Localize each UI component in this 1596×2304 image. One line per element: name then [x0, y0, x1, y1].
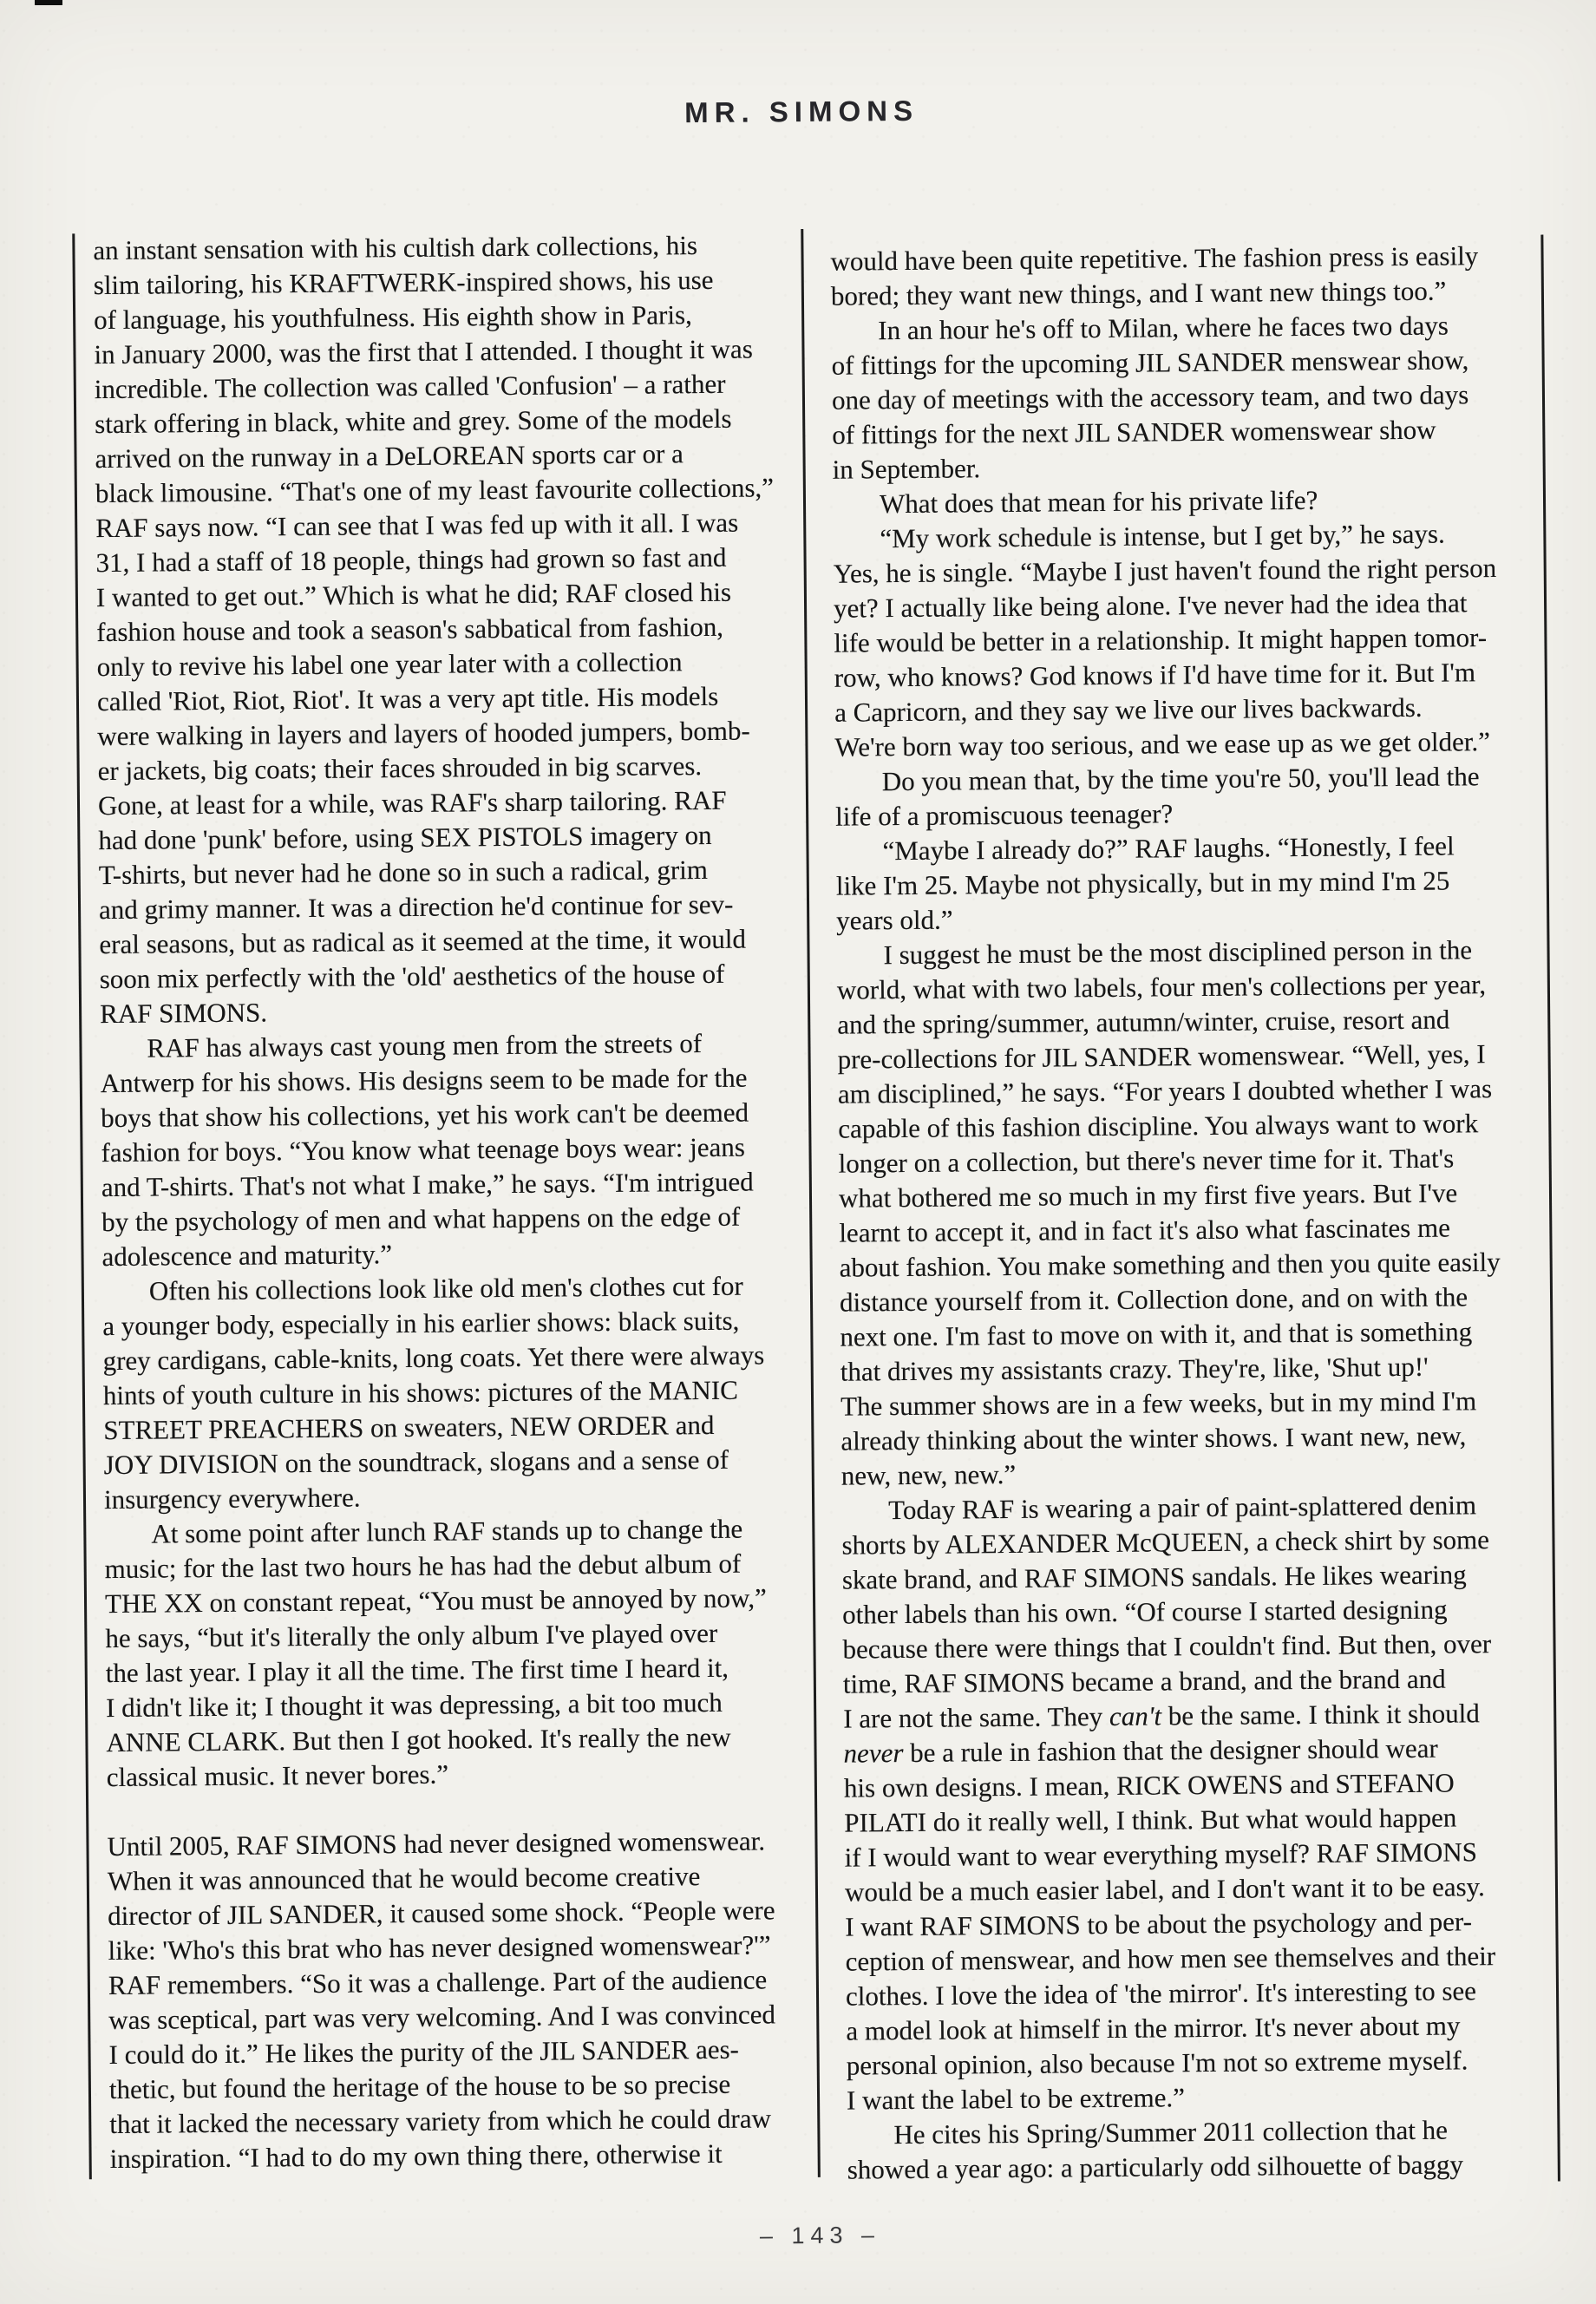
- text-segment: ception of menswear, and how men see the…: [846, 1941, 1496, 1977]
- text-segment: and T-shirts. That's not what I make,” h…: [101, 1167, 754, 1203]
- text-line: already thinking about the winter shows.…: [841, 1417, 1557, 1458]
- text-line: insurgency everywhere.: [104, 1476, 808, 1517]
- text-segment: Often his collections look like old men'…: [149, 1271, 743, 1306]
- text-segment: boys that show his collections, yet his …: [101, 1097, 749, 1134]
- text-segment: was sceptical, part was very welcoming. …: [108, 1999, 775, 2035]
- text-segment: Do you mean that, by the time you're 50,…: [882, 761, 1480, 796]
- text-segment: “My work schedule is intense, but I get …: [880, 519, 1445, 554]
- text-segment: black limousine. “That's one of my least…: [95, 472, 774, 508]
- text-segment: distance yourself from it. Collection do…: [840, 1281, 1468, 1317]
- text-segment: classical music. It never bores.”: [107, 1759, 449, 1792]
- text-line: stark offering in black, white and grey.…: [95, 401, 799, 442]
- text-line: like: 'Who's this brat who has never des…: [108, 1928, 812, 1968]
- text-segment: pre-collections for JIL SANDER womenswea…: [837, 1038, 1485, 1075]
- text-line: Antwerp for his shows. His designs seem …: [101, 1060, 805, 1101]
- paragraph: I suggest he must be the most discipline…: [836, 932, 1558, 1493]
- text-line: fashion house and took a season's sabbat…: [96, 609, 801, 650]
- italic-text: never: [843, 1738, 903, 1769]
- text-segment: thetic, but found the heritage of the ho…: [109, 2069, 731, 2104]
- text-segment: insurgency everywhere.: [104, 1482, 361, 1515]
- text-line: I are not the same. They can't be the sa…: [843, 1695, 1560, 1736]
- text-segment: life of a promiscuous teenager?: [835, 798, 1173, 831]
- text-segment: his own designs. I mean, RICK OWENS and …: [844, 1768, 1455, 1803]
- text-segment: RAF SIMONS.: [100, 997, 267, 1029]
- text-segment: hints of youth culture in his shows: pic…: [103, 1375, 738, 1411]
- text-line: slim tailoring, his KRAFTWERK-inspired s…: [94, 262, 798, 303]
- text-segment: eral seasons, but as radical as it seeme…: [99, 924, 746, 960]
- text-segment: that it lacked the necessary variety fro…: [109, 2103, 771, 2139]
- paragraph: an instant sensation with his cultish da…: [93, 227, 804, 1031]
- left-column-rule: [72, 233, 92, 2179]
- text-line: the last year. I play it all the time. T…: [106, 1650, 810, 1691]
- paragraph: Until 2005, RAF SIMONS had never designe…: [107, 1823, 814, 2176]
- text-line: Until 2005, RAF SIMONS had never designe…: [107, 1823, 811, 1864]
- text-segment: like I'm 25. Maybe not physically, but i…: [836, 866, 1450, 901]
- text-segment: showed a year ago: a particularly odd si…: [847, 2149, 1463, 2184]
- text-line: hints of youth culture in his shows: pic…: [103, 1372, 808, 1413]
- paragraph: Today RAF is wearing a pair of paint-spl…: [841, 1487, 1563, 2117]
- text-line: I could do it.” He likes the purity of t…: [108, 2032, 813, 2072]
- text-segment: a Capricorn, and they say we live our li…: [834, 692, 1423, 728]
- text-segment: and grimy manner. It was a direction he'…: [99, 889, 734, 925]
- text-line: music; for the last two hours he has had…: [105, 1546, 809, 1587]
- text-segment: life would be better in a relationship. …: [834, 622, 1487, 658]
- text-line: black limousine. “That's one of my least…: [95, 470, 800, 511]
- text-segment: about fashion. You make something and th…: [840, 1247, 1501, 1283]
- article-column-right: would have been quite repetitive. The fa…: [830, 239, 1564, 2188]
- text-line: T-shirts, but never had he done so in su…: [99, 852, 803, 893]
- text-line: At some point after lunch RAF stands up …: [104, 1511, 808, 1552]
- text-segment: 31, I had a staff of 18 people, things h…: [95, 542, 726, 578]
- text-line: When it was announced that he would beco…: [108, 1858, 812, 1899]
- text-line: he says, “but it's literally the only al…: [105, 1615, 809, 1656]
- text-line: a younger body, especially in his earlie…: [102, 1303, 807, 1344]
- text-line: skate brand, and RAF SIMONS sandals. He …: [842, 1556, 1559, 1597]
- text-line: fashion for boys. “You know what teenage…: [101, 1129, 805, 1170]
- text-segment: I are not the same. They: [843, 1701, 1109, 1734]
- magazine-page-scan: MR. SIMONS an instant sensation with his…: [0, 0, 1596, 2304]
- text-segment: what bothered me so much in my first fiv…: [839, 1177, 1458, 1213]
- text-segment: called 'Riot, Riot, Riot'. It was a very…: [97, 681, 719, 717]
- text-line: next one. I'm fast to move on with it, a…: [840, 1313, 1556, 1354]
- text-segment: if I would want to wear everything mysel…: [844, 1836, 1477, 1872]
- text-segment: PILATI do it really well, I think. But w…: [844, 1802, 1456, 1837]
- text-segment: What does that mean for his private life…: [880, 485, 1318, 519]
- text-line: er jackets, big coats; their faces shrou…: [98, 748, 802, 789]
- text-segment: JOY DIVISION on the soundtrack, slogans …: [104, 1444, 729, 1480]
- text-line: grey cardigans, cable-knits, long coats.…: [102, 1338, 807, 1378]
- text-segment: the last year. I play it all the time. T…: [106, 1653, 729, 1688]
- text-line: arrived on the runway in a DeLOREAN spor…: [95, 435, 799, 476]
- text-segment: be the same. I think it should: [1161, 1698, 1480, 1731]
- text-segment: The summer shows are in a few weeks, but…: [841, 1385, 1476, 1421]
- page-content: MR. SIMONS an instant sensation with his…: [0, 0, 1596, 2304]
- text-segment: Yes, he is single. “Maybe I just haven't…: [834, 553, 1497, 589]
- text-segment: T-shirts, but never had he done so in su…: [99, 854, 708, 890]
- text-segment: Today RAF is wearing a pair of paint-spl…: [888, 1489, 1476, 1525]
- page-number: – 143 –: [18, 2216, 1596, 2256]
- text-line: 31, I had a staff of 18 people, things h…: [95, 540, 800, 580]
- text-segment: RAF says now. “I can see that I was fed …: [95, 507, 738, 543]
- paragraph: He cites his Spring/Summer 2011 collecti…: [847, 2111, 1564, 2187]
- text-line: thetic, but found the heritage of the ho…: [109, 2066, 814, 2107]
- text-segment: next one. I'm fast to move on with it, a…: [840, 1316, 1472, 1352]
- text-line: in January 2000, was the first that I at…: [94, 331, 798, 372]
- text-segment: arrived on the runway in a DeLOREAN spor…: [95, 438, 684, 474]
- text-segment: because there were things that I couldn'…: [842, 1628, 1491, 1665]
- text-segment: In an hour he's off to Milan, where he f…: [878, 311, 1449, 346]
- text-line: one day of meetings with the accessory t…: [832, 377, 1548, 418]
- text-segment: stark offering in black, white and grey.…: [95, 403, 732, 439]
- text-segment: shorts by ALEXANDER McQUEEN, a check shi…: [841, 1524, 1489, 1561]
- text-segment: and the spring/summer, autumn/winter, cr…: [837, 1005, 1449, 1040]
- text-segment: grey cardigans, cable-knits, long coats.…: [102, 1339, 764, 1376]
- text-segment: a younger body, especially in his earlie…: [102, 1306, 739, 1341]
- text-segment: RAF has always cast young men from the s…: [147, 1028, 702, 1064]
- text-line: RAF SIMONS.: [100, 991, 804, 1031]
- text-line: row, who knows? God knows if I'd have ti…: [834, 654, 1551, 695]
- page-header-title: MR. SIMONS: [0, 88, 1596, 135]
- text-segment: I suggest he must be the most discipline…: [883, 934, 1472, 970]
- text-line: like I'm 25. Maybe not physically, but i…: [836, 862, 1553, 903]
- text-line: RAF has always cast young men from the s…: [100, 1025, 804, 1066]
- text-line: by the psychology of men and what happen…: [101, 1199, 806, 1240]
- text-line: THE XX on constant repeat, “You must be …: [105, 1581, 809, 1621]
- text-line: classical music. It never bores.”: [107, 1754, 811, 1795]
- text-segment: an instant sensation with his cultish da…: [93, 230, 697, 265]
- text-line: personal opinion, also because I'm not s…: [847, 2042, 1563, 2083]
- text-segment: personal opinion, also because I'm not s…: [847, 2045, 1468, 2080]
- text-segment: When it was announced that he would beco…: [108, 1861, 701, 1896]
- text-segment: director of JIL SANDER, it caused some s…: [108, 1895, 775, 1931]
- text-line: STREET PREACHERS on sweaters, NEW ORDER …: [103, 1407, 808, 1448]
- text-line: director of JIL SANDER, it caused some s…: [108, 1893, 812, 1934]
- text-segment: by the psychology of men and what happen…: [101, 1201, 740, 1237]
- text-segment: bored; they want new things, and I want …: [831, 276, 1447, 311]
- text-segment: had done 'punk' before, using SEX PISTOL…: [98, 820, 711, 855]
- text-segment: longer on a collection, but there's neve…: [839, 1142, 1455, 1178]
- text-segment: I want RAF SIMONS to be about the psycho…: [845, 1906, 1472, 1941]
- text-segment: RAF remembers. “So it was a challenge. P…: [108, 1964, 768, 2000]
- text-segment: row, who knows? God knows if I'd have ti…: [834, 657, 1476, 692]
- text-line: were walking in layers and layers of hoo…: [97, 713, 801, 754]
- paragraph: Do you mean that, by the time you're 50,…: [835, 758, 1553, 834]
- text-line: and T-shirts. That's not what I make,” h…: [101, 1164, 806, 1205]
- text-segment: a model look at himself in the mirror. I…: [846, 2010, 1460, 2045]
- text-segment: Gone, at least for a while, was RAF's sh…: [98, 785, 727, 821]
- text-line: inspiration. “I had to do my own thing t…: [109, 2136, 814, 2176]
- text-segment: I didn't like it; I thought it was depre…: [106, 1687, 723, 1723]
- text-line: incredible. The collection was called 'C…: [95, 366, 799, 407]
- text-segment: would be a much easier label, and I don'…: [845, 1871, 1485, 1907]
- paragraph: RAF has always cast young men from the s…: [100, 1025, 806, 1274]
- text-line: RAF remembers. “So it was a challenge. P…: [108, 1962, 813, 2003]
- text-segment: slim tailoring, his KRAFTWERK-inspired s…: [94, 265, 714, 300]
- text-segment: ANNE CLARK. But then I got hooked. It's …: [106, 1722, 730, 1757]
- text-segment: like: 'Who's this brat who has never des…: [108, 1929, 770, 1966]
- text-line: ANNE CLARK. But then I got hooked. It's …: [106, 1719, 810, 1760]
- text-segment: capable of this fashion discipline. You …: [838, 1108, 1478, 1143]
- text-segment: be a rule in fashion that the designer s…: [903, 1733, 1438, 1768]
- text-segment: am disciplined,” he says. “For years I d…: [838, 1073, 1492, 1109]
- text-line: eral seasons, but as radical as it seeme…: [99, 921, 803, 962]
- text-segment: I want the label to be extreme.”: [847, 2082, 1185, 2115]
- text-segment: years old.”: [836, 905, 953, 936]
- text-line: Often his collections look like old men'…: [102, 1268, 807, 1309]
- paragraph: In an hour he's off to Milan, where he f…: [831, 308, 1549, 488]
- text-segment: inspiration. “I had to do my own thing t…: [109, 2138, 722, 2174]
- text-line: an instant sensation with his cultish da…: [93, 227, 797, 268]
- paragraph: “Maybe I already do?” RAF laughs. “Hones…: [835, 828, 1553, 938]
- text-line: adolescence and maturity.”: [101, 1234, 806, 1274]
- paragraph: “My work schedule is intense, but I get …: [833, 515, 1551, 764]
- text-line: was sceptical, part was very welcoming. …: [108, 1997, 813, 2038]
- text-segment: of fittings for the next JIL SANDER wome…: [832, 415, 1436, 450]
- text-segment: fashion for boys. “You know what teenage…: [101, 1132, 745, 1168]
- text-line: showed a year ago: a particularly odd si…: [847, 2146, 1564, 2187]
- text-segment: time, RAF SIMONS became a brand, and the…: [843, 1664, 1446, 1699]
- text-segment: “Maybe I already do?” RAF laughs. “Hones…: [882, 830, 1454, 866]
- text-segment: of fittings for the upcoming JIL SANDER …: [831, 344, 1468, 380]
- text-segment: he says, “but it's literally the only al…: [105, 1618, 717, 1653]
- text-segment: er jackets, big coats; their faces shrou…: [98, 750, 703, 786]
- text-segment: were walking in layers and layers of hoo…: [97, 716, 750, 752]
- text-segment: skate brand, and RAF SIMONS sandals. He …: [842, 1559, 1467, 1594]
- text-segment: music; for the last two hours he has had…: [105, 1548, 742, 1584]
- text-line: had done 'punk' before, using SEX PISTOL…: [98, 817, 802, 858]
- text-segment: Antwerp for his shows. His designs seem …: [101, 1063, 748, 1099]
- text-segment: soon mix perfectly with the 'old' aesthe…: [100, 959, 725, 994]
- paragraph: At some point after lunch RAF stands up …: [104, 1511, 811, 1795]
- text-segment: yet? I actually like being alone. I've n…: [834, 587, 1468, 623]
- text-segment: I wanted to get out.” Which is what he d…: [96, 577, 731, 612]
- text-line: only to revive his label one year later …: [96, 644, 801, 684]
- text-segment: other labels than his own. “Of course I …: [842, 1594, 1448, 1630]
- text-line: I didn't like it; I thought it was depre…: [106, 1685, 810, 1725]
- text-segment: already thinking about the winter shows.…: [841, 1420, 1466, 1456]
- text-segment: world, what with two labels, four men's …: [837, 969, 1486, 1005]
- text-line: that it lacked the necessary variety fro…: [109, 2101, 814, 2142]
- text-line: Gone, at least for a while, was RAF's sh…: [98, 782, 802, 823]
- paragraph: Often his collections look like old men'…: [102, 1268, 808, 1517]
- text-line: called 'Riot, Riot, Riot'. It was a very…: [97, 678, 801, 719]
- text-segment: learnt to accept it, and in fact it's al…: [839, 1213, 1450, 1248]
- text-line: I wanted to get out.” Which is what he d…: [96, 574, 801, 615]
- text-line: soon mix perfectly with the 'old' aesthe…: [100, 956, 804, 997]
- text-line: because there were things that I couldn'…: [842, 1626, 1559, 1666]
- text-segment: only to revive his label one year later …: [96, 646, 682, 682]
- article-column-left: an instant sensation with his cultish da…: [93, 227, 814, 2176]
- text-segment: We're born way too serious, and we ease …: [834, 726, 1490, 763]
- text-segment: one day of meetings with the accessory t…: [832, 379, 1469, 415]
- text-segment: new, new, new.”: [841, 1459, 1017, 1491]
- text-segment: At some point after lunch RAF stands up …: [151, 1514, 742, 1549]
- text-segment: would have been quite repetitive. The fa…: [830, 240, 1478, 277]
- text-segment: STREET PREACHERS on sweaters, NEW ORDER …: [103, 1410, 714, 1445]
- text-line: and grimy manner. It was a direction he'…: [99, 887, 803, 927]
- text-line: RAF says now. “I can see that I was fed …: [95, 505, 800, 546]
- text-line: of language, his youthfulness. His eight…: [94, 297, 798, 337]
- italic-text: can't: [1109, 1700, 1161, 1731]
- text-segment: THE XX on constant repeat, “You must be …: [105, 1582, 767, 1619]
- text-segment: He cites his Spring/Summer 2011 collecti…: [893, 2115, 1448, 2150]
- text-segment: clothes. I love the idea of 'the mirror'…: [846, 1975, 1476, 2011]
- text-segment: I could do it.” He likes the purity of t…: [108, 2034, 739, 2070]
- text-segment: that drives my assistants crazy. They're…: [841, 1352, 1429, 1387]
- text-segment: of language, his youthfulness. His eight…: [94, 299, 692, 335]
- paragraph: would have been quite repetitive. The fa…: [830, 239, 1547, 314]
- text-segment: in January 2000, was the first that I at…: [94, 334, 753, 370]
- text-line: boys that show his collections, yet his …: [101, 1095, 805, 1136]
- scan-edge-mark: [35, 0, 62, 5]
- text-segment: fashion house and took a season's sabbat…: [96, 612, 723, 647]
- text-segment: adolescence and maturity.”: [101, 1239, 392, 1272]
- text-segment: in September.: [833, 453, 981, 484]
- text-line: Do you mean that, by the time you're 50,…: [835, 758, 1552, 799]
- text-line: JOY DIVISION on the soundtrack, slogans …: [103, 1442, 808, 1483]
- text-segment: Until 2005, RAF SIMONS had never designe…: [107, 1825, 765, 1862]
- text-segment: incredible. The collection was called 'C…: [95, 369, 726, 404]
